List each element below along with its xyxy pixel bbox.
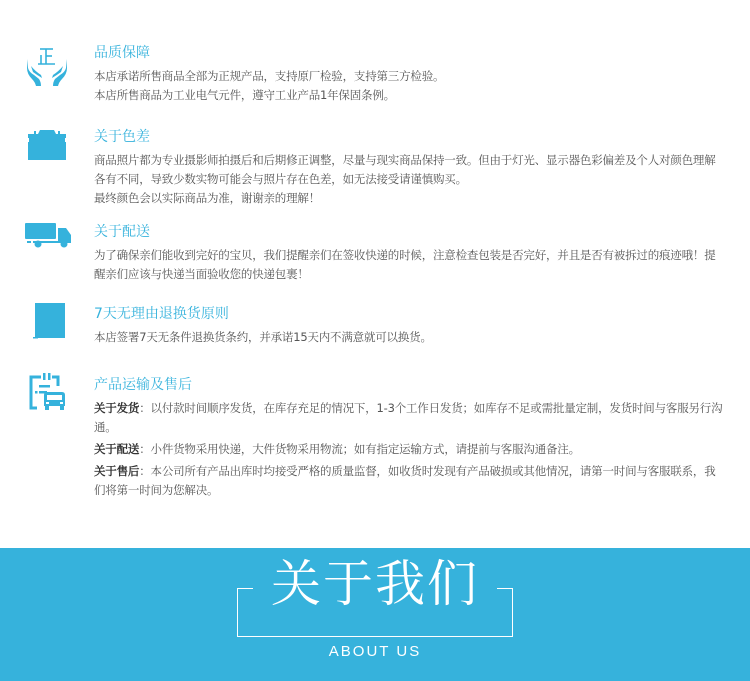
section-text: 为了确保亲们能收到完好的宝贝，我们提醒亲们在签收快递的时候，注意检查包装是否完好…: [94, 246, 724, 284]
section-title: 7天无理由退换货原则: [94, 305, 724, 325]
about-us-banner: 关于我们 ABOUT US: [0, 548, 750, 681]
banner-title-en: ABOUT US: [237, 643, 513, 660]
section-text: 最终颜色会以实际商品为准，谢谢亲的理解！: [94, 189, 724, 208]
banner-title-cn: 关于我们: [258, 554, 492, 614]
banner-frame-corner: [497, 588, 513, 589]
section-text: 本店签署7天无条件退换货条约，并承诺15天内不满意就可以换货。: [94, 328, 724, 347]
section-title: 品质保障: [94, 44, 724, 64]
section-text: 本店承诺所售商品全部为正规产品，支持原厂检验，支持第三方检验。: [94, 67, 724, 86]
item-label: 关于配送: [94, 442, 139, 456]
shipping-item-after-sales: 关于售后：本公司所有产品出库时均接受严格的质量监督，如收货时发现有产品破损或其他…: [94, 462, 724, 500]
shipping-item-delivery: 关于配送：小件货物采用快递，大件货物采用物流；如有指定运输方式，请提前与客服沟通…: [94, 440, 724, 459]
item-text: 本公司所有产品出库时均接受严格的质量监督，如收货时发现有产品破损或其他情况，请第…: [94, 464, 716, 497]
section-text: 商品照片都为专业摄影师拍摄后和后期修正调整，尽量与现实商品保持一致。但由于灯光、…: [94, 151, 724, 189]
item-text: 小件货物采用快递，大件货物采用物流；如有指定运输方式，请提前与客服沟通备注。: [151, 442, 580, 456]
item-label: 关于售后: [94, 464, 139, 478]
truck-icon: [24, 221, 70, 267]
return-box-icon: [24, 303, 70, 349]
hands-genuine-icon: [24, 44, 70, 90]
section-title: 产品运输及售后: [94, 376, 724, 396]
section-title: 关于色差: [94, 128, 724, 148]
banner-frame-corner: [237, 588, 253, 589]
shipping-calendar-icon: [24, 372, 70, 418]
item-label: 关于发货: [94, 401, 139, 415]
item-text: 以付款时间顺序发货，在库存充足的情况下，1-3个工作日发货；如库存不足或需批量定…: [94, 401, 722, 434]
color-box-icon: [24, 124, 70, 170]
section-title: 关于配送: [94, 223, 724, 243]
section-text: 本店所售商品为工业电气元件，遵守工业产品1年保固条例。: [94, 86, 724, 105]
shipping-item-dispatch: 关于发货：以付款时间顺序发货，在库存充足的情况下，1-3个工作日发货；如库存不足…: [94, 399, 724, 437]
